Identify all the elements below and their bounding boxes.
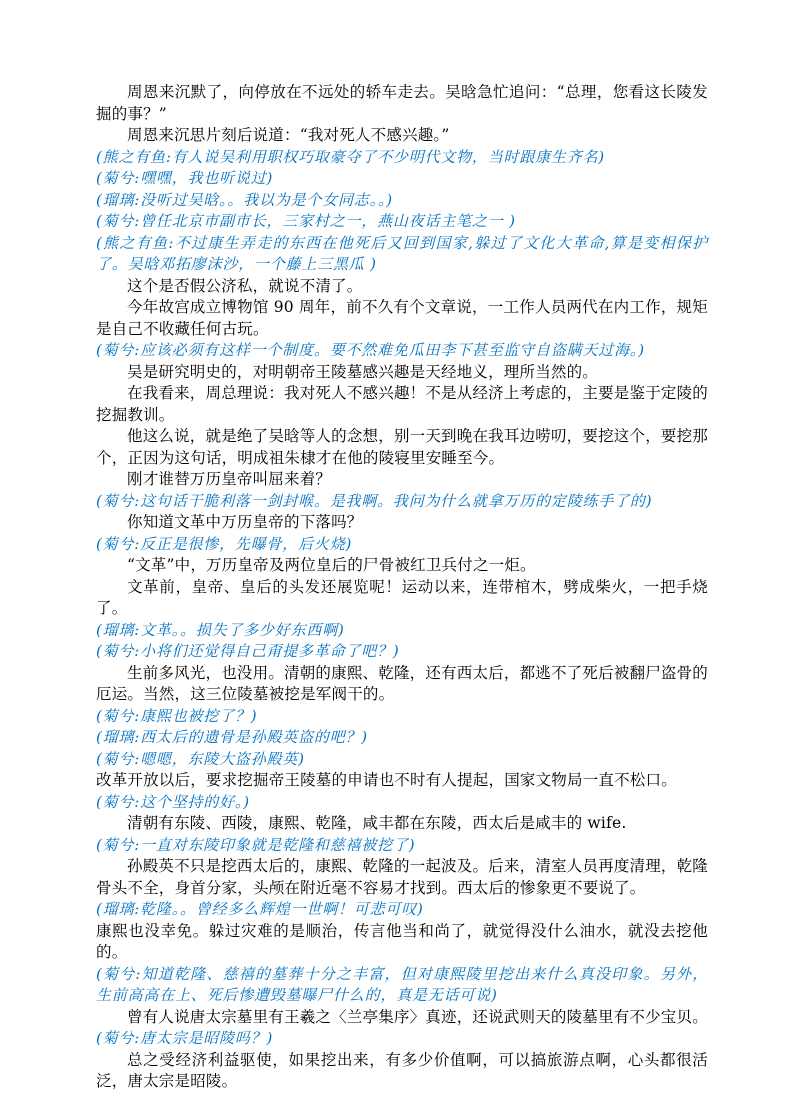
comment-line: (菊兮:康熙也被挖了？) (96, 706, 708, 728)
comment-line: (熊之有鱼:不过康生弄走的东西在他死后又回到国家,躲过了文化大革命,算是变相保护… (96, 233, 708, 276)
comment-line: (瑠璃:没听过吴晗。。我以为是个女同志。。) (96, 190, 708, 212)
body-paragraph: 生前多风光，也没用。清朝的康熙、乾隆，还有西太后，都逃不了死后被翻尸盗骨的厄运。… (96, 663, 708, 706)
body-paragraph: “文革”中，万历皇帝及两位皇后的尸骨被红卫兵付之一炬。 (96, 555, 708, 577)
body-paragraph: 今年故宫成立博物馆 90 周年，前不久有个文章说，一工作人员两代在内工作，规矩是… (96, 297, 708, 340)
body-paragraph: 曾有人说唐太宗墓里有王羲之〈兰亭集序〉真迹，还说武则天的陵墓里有不少宝贝。 (96, 1007, 708, 1029)
comment-line: (菊兮:这个坚持的好。) (96, 792, 708, 814)
paragraph-container: 周恩来沉默了，向停放在不远处的轿车走去。吴晗急忙追问：“总理，您看这长陵发掘的事… (96, 82, 708, 1093)
comment-line: (瑠璃:西太后的遗骨是孙殿英盗的吧？) (96, 727, 708, 749)
body-paragraph: 文革前，皇帝、皇后的头发还展览呢！运动以来，连带棺木，劈成柴火，一把手烧了。 (96, 577, 708, 620)
comment-line: (菊兮:小将们还觉得自己甭提多革命了吧？) (96, 641, 708, 663)
comment-line: (菊兮:嘿嘿，我也听说过) (96, 168, 708, 190)
comment-line: (菊兮:反正是很惨，先曝骨，后火烧) (96, 534, 708, 556)
comment-line: (熊之有鱼:有人说吴利用职权巧取豪夺了不少明代文物，当时跟康生齐名) (96, 147, 708, 169)
body-paragraph: 孙殿英不只是挖西太后的，康熙、乾隆的一起波及。后来，清室人员再度清理，乾隆骨头不… (96, 856, 708, 899)
body-paragraph: 清朝有东陵、西陵，康熙、乾隆，咸丰都在东陵，西太后是咸丰的 wife. (96, 813, 708, 835)
comment-line: (菊兮:唐太宗是昭陵吗？) (96, 1028, 708, 1050)
document-page: 周恩来沉默了，向停放在不远处的轿车走去。吴晗急忙追问：“总理，您看这长陵发掘的事… (96, 82, 708, 1093)
comment-line: (菊兮:嗯嗯，东陵大盗孙殿英) (96, 749, 708, 771)
body-paragraph: 康熙也没幸免。躲过灾难的是顺治，传言他当和尚了，就觉得没什么油水，就没去挖他的。 (96, 921, 708, 964)
comment-line: (菊兮:知道乾隆、慈禧的墓葬十分之丰富，但对康熙陵里挖出来什么真没印象。另外，生… (96, 964, 708, 1007)
body-paragraph: 他这么说，就是绝了吴晗等人的念想，别一天到晚在我耳边唠叨，要挖这个，要挖那个，正… (96, 426, 708, 469)
comment-line: (瑠璃:文革。。损失了多少好东西啊) (96, 620, 708, 642)
body-paragraph: 周恩来沉默了，向停放在不远处的轿车走去。吴晗急忙追问：“总理，您看这长陵发掘的事… (96, 82, 708, 125)
body-paragraph: 改革开放以后，要求挖掘帝王陵墓的申请也不时有人提起，国家文物局一直不松口。 (96, 770, 708, 792)
comment-line: (菊兮:一直对东陵印象就是乾隆和慈禧被挖了) (96, 835, 708, 857)
body-paragraph: 刚才谁替万历皇帝叫屈来着？ (96, 469, 708, 491)
comment-line: (瑠璃:乾隆。。曾经多么辉煌一世啊！可悲可叹) (96, 899, 708, 921)
comment-line: (菊兮:曾任北京市副市长，三家村之一，燕山夜话主笔之一 ) (96, 211, 708, 233)
body-paragraph: 吴是研究明史的，对明朝帝王陵墓感兴趣是天经地义，理所当然的。 (96, 362, 708, 384)
comment-line: (菊兮:应该必须有这样一个制度。要不然难免瓜田李下甚至监守自盗瞒天过海。) (96, 340, 708, 362)
body-paragraph: 这个是否假公济私，就说不清了。 (96, 276, 708, 298)
body-paragraph: 你知道文革中万历皇帝的下落吗？ (96, 512, 708, 534)
body-paragraph: 在我看来，周总理说：我对死人不感兴趣！不是从经济上考虑的，主要是鉴于定陵的挖掘教… (96, 383, 708, 426)
body-paragraph: 总之受经济利益驱使，如果挖出来，有多少价值啊，可以搞旅游点啊，心头都很活泛，唐太… (96, 1050, 708, 1093)
body-paragraph: 周恩来沉思片刻后说道：“我对死人不感兴趣。” (96, 125, 708, 147)
comment-line: (菊兮:这句话干脆利落一剑封喉。是我啊。我问为什么就拿万历的定陵练手了的) (96, 491, 708, 513)
